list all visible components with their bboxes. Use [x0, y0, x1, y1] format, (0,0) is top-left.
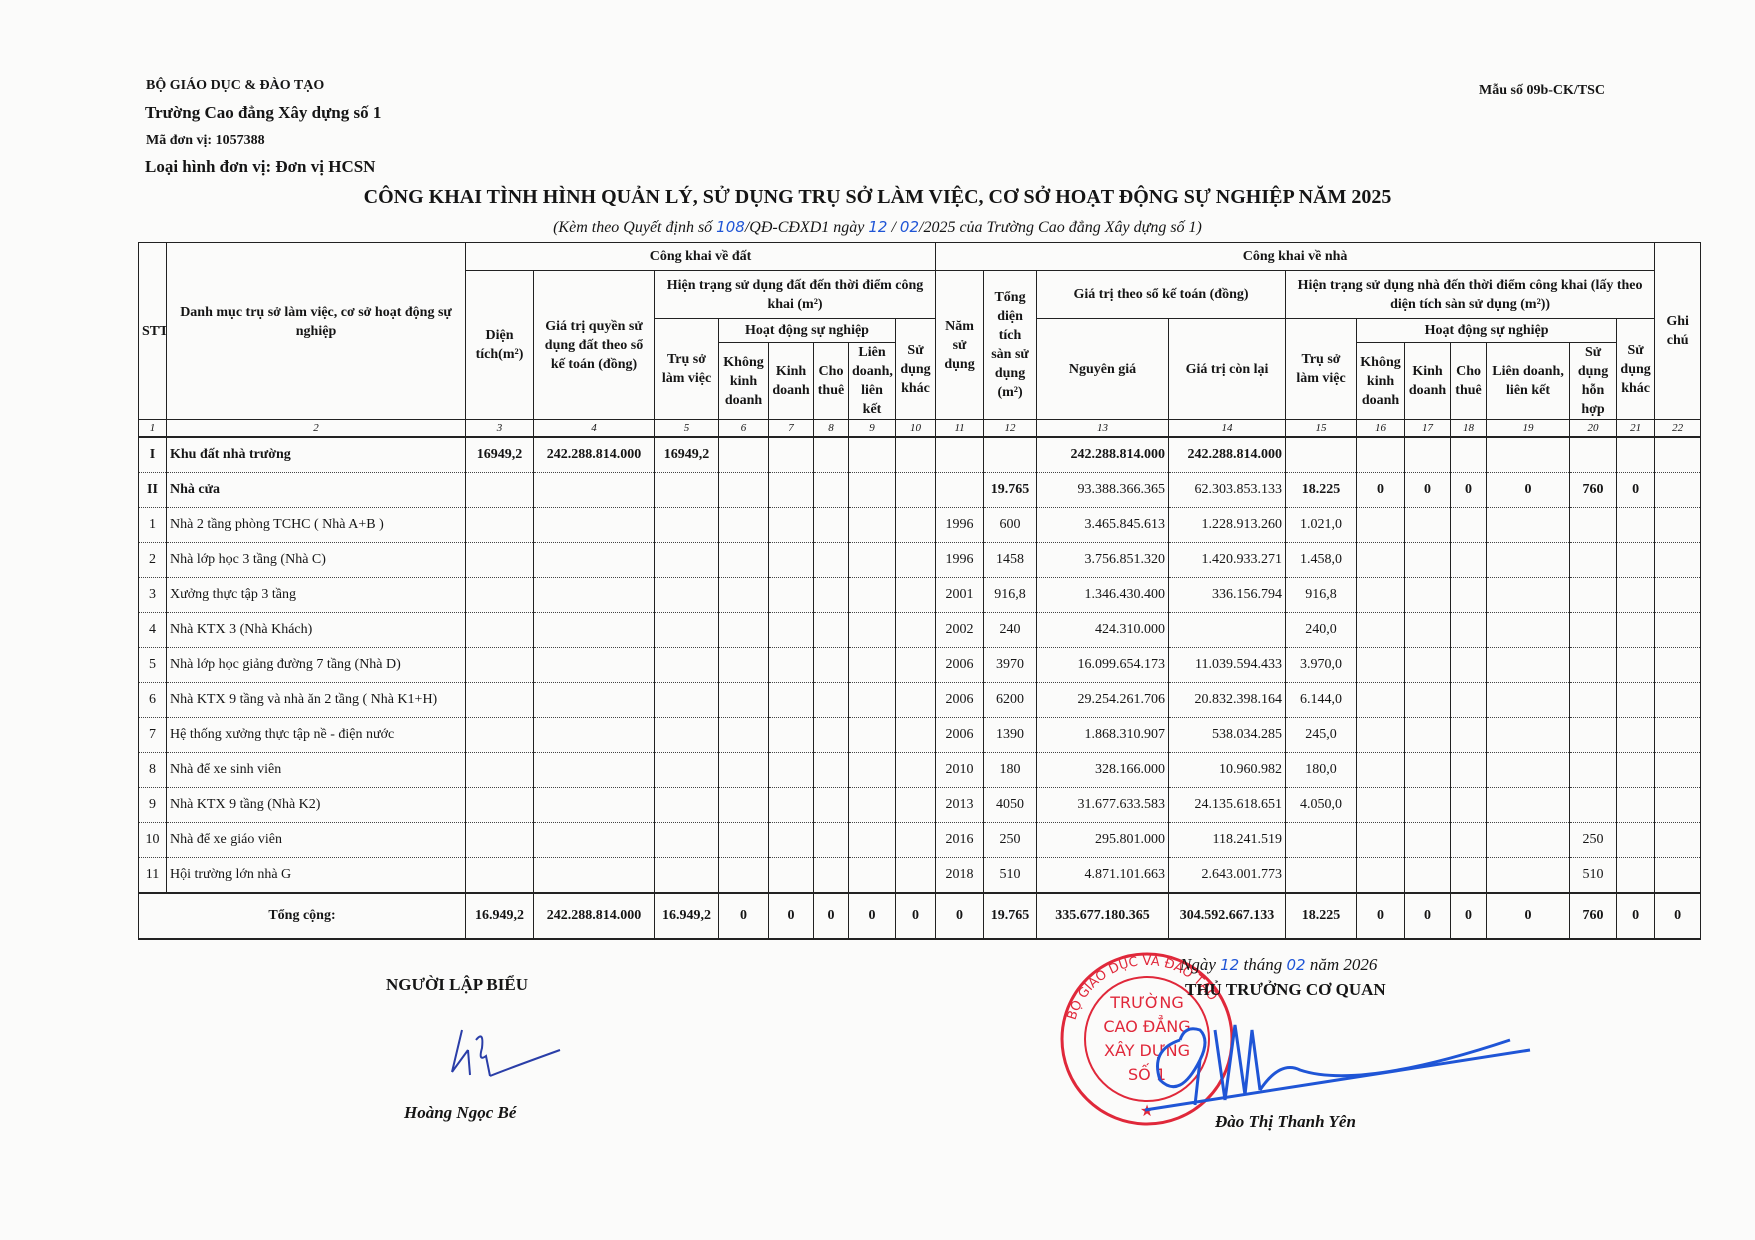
row-cell	[896, 508, 936, 543]
subtitle-suffix: /2025 của Trường Cao đẳng Xây dựng số 1)	[919, 219, 1202, 236]
row-cell	[1617, 858, 1655, 894]
total-cell: 0	[936, 893, 984, 939]
row-name: Nhà KTX 9 tầng (Nhà K2)	[167, 788, 466, 823]
row-name: Nhà lớp học giảng đường 7 tầng (Nhà D)	[167, 648, 466, 683]
header-land-value: Giá trị quyền sử dụng đất theo sổ kế toá…	[534, 271, 655, 420]
row-cell	[1570, 578, 1617, 613]
row-cell: 538.034.285	[1169, 718, 1286, 753]
row-cell	[719, 437, 769, 473]
header-land-rent: Cho thuê	[814, 343, 849, 420]
date-prefix: Ngày	[1180, 955, 1220, 974]
header-house-office: Trụ sở làm việc	[1286, 319, 1357, 420]
row-cell	[534, 613, 655, 648]
row-stt: 5	[139, 648, 167, 683]
row-cell	[534, 543, 655, 578]
header-land-jv: Liên doanh, liên kết	[849, 343, 896, 420]
total-cell: 304.592.667.133	[1169, 893, 1286, 939]
row-name: Nhà KTX 9 tầng và nhà ăn 2 tầng ( Nhà K1…	[167, 683, 466, 718]
row-cell	[1617, 578, 1655, 613]
row-cell	[534, 683, 655, 718]
row-cell	[896, 648, 936, 683]
row-cell	[1405, 437, 1451, 473]
row-cell	[769, 823, 814, 858]
row-cell: 242.288.814.000	[534, 437, 655, 473]
row-stt: 11	[139, 858, 167, 894]
row-cell	[849, 683, 896, 718]
total-cell: 19.765	[984, 893, 1037, 939]
column-number: 17	[1405, 420, 1451, 438]
column-number: 7	[769, 420, 814, 438]
row-cell	[849, 543, 896, 578]
row-cell	[849, 473, 896, 508]
row-cell	[814, 858, 849, 894]
row-cell	[896, 823, 936, 858]
row-name: Hội trường lớn nhà G	[167, 858, 466, 894]
row-stt: 6	[139, 683, 167, 718]
row-cell	[1617, 683, 1655, 718]
row-cell: 18.225	[1286, 473, 1357, 508]
row-cell	[896, 473, 936, 508]
row-cell	[534, 473, 655, 508]
row-cell	[534, 648, 655, 683]
row-cell	[466, 578, 534, 613]
row-cell	[1357, 858, 1405, 894]
row-cell	[1451, 508, 1487, 543]
table-row: 11Hội trường lớn nhà G20185104.871.101.6…	[139, 858, 1701, 894]
table-body: IKhu đất nhà trường16949,2242.288.814.00…	[139, 437, 1701, 939]
header-house-business: Kinh doanh	[1405, 343, 1451, 420]
row-cell	[719, 788, 769, 823]
row-cell	[534, 788, 655, 823]
table-row: 8Nhà để xe sinh viên2010180328.166.00010…	[139, 753, 1701, 788]
row-cell	[849, 437, 896, 473]
total-cell: 0	[1357, 893, 1405, 939]
row-cell	[769, 683, 814, 718]
row-cell	[1451, 683, 1487, 718]
row-cell: 31.677.633.583	[1037, 788, 1169, 823]
row-stt: II	[139, 473, 167, 508]
column-number: 2	[167, 420, 466, 438]
row-cell	[1286, 823, 1357, 858]
header-house-activity: Hoạt động sự nghiệp	[1357, 319, 1617, 343]
total-cell: 242.288.814.000	[534, 893, 655, 939]
header-land-business: Kinh doanh	[769, 343, 814, 420]
total-cell: 0	[1655, 893, 1701, 939]
row-cell	[1169, 613, 1286, 648]
total-cell: 16.949,2	[466, 893, 534, 939]
row-name: Nhà để xe giáo viên	[167, 823, 466, 858]
row-cell: 16949,2	[655, 437, 719, 473]
row-cell	[849, 858, 896, 894]
row-cell	[1487, 788, 1570, 823]
row-cell	[814, 437, 849, 473]
row-cell	[1487, 648, 1570, 683]
row-stt: 2	[139, 543, 167, 578]
row-cell	[1570, 648, 1617, 683]
subtitle-mid: /QĐ-CĐXD1 ngày	[745, 219, 869, 236]
total-cell: 0	[814, 893, 849, 939]
row-cell	[1405, 753, 1451, 788]
row-cell	[896, 578, 936, 613]
header-book-value: Giá trị theo sổ kế toán (đồng)	[1037, 271, 1286, 319]
row-cell: 180,0	[1286, 753, 1357, 788]
row-cell: 10.960.982	[1169, 753, 1286, 788]
header-land-office: Trụ sở làm việc	[655, 319, 719, 420]
row-cell	[1617, 718, 1655, 753]
row-cell	[1570, 718, 1617, 753]
row-cell	[1357, 437, 1405, 473]
row-name: Nhà lớp học 3 tầng (Nhà C)	[167, 543, 466, 578]
row-cell	[769, 788, 814, 823]
row-stt: I	[139, 437, 167, 473]
row-cell	[769, 718, 814, 753]
row-stt: 1	[139, 508, 167, 543]
row-cell: 600	[984, 508, 1037, 543]
row-cell: 0	[1487, 473, 1570, 508]
row-cell: 4.050,0	[1286, 788, 1357, 823]
table-row: 10Nhà để xe giáo viên2016250295.801.0001…	[139, 823, 1701, 858]
row-cell	[1617, 753, 1655, 788]
row-cell: 62.303.853.133	[1169, 473, 1286, 508]
row-name: Nhà KTX 3 (Nhà Khách)	[167, 613, 466, 648]
row-cell: 2002	[936, 613, 984, 648]
row-cell	[655, 613, 719, 648]
row-cell	[1570, 683, 1617, 718]
row-cell: 4.871.101.663	[1037, 858, 1169, 894]
row-cell: 2010	[936, 753, 984, 788]
column-number: 4	[534, 420, 655, 438]
asset-table: STT Danh mục trụ sở làm việc, cơ sở hoạt…	[138, 242, 1701, 940]
row-cell	[1655, 718, 1701, 753]
header-house-other: Sử dụng khác	[1617, 319, 1655, 420]
row-cell	[1655, 543, 1701, 578]
table-row: 9Nhà KTX 9 tầng (Nhà K2)2013405031.677.6…	[139, 788, 1701, 823]
date-month: 02	[1286, 956, 1305, 974]
row-cell	[1617, 543, 1655, 578]
row-cell	[849, 578, 896, 613]
total-cell: 0	[1451, 893, 1487, 939]
header-house-nonbusiness: Không kinh doanh	[1357, 343, 1405, 420]
column-number: 8	[814, 420, 849, 438]
header-original: Nguyên giá	[1037, 319, 1169, 420]
table-row: 5Nhà lớp học giảng đường 7 tầng (Nhà D)2…	[139, 648, 1701, 683]
row-cell: 295.801.000	[1037, 823, 1169, 858]
header-land-nonbusiness: Không kinh doanh	[719, 343, 769, 420]
column-number: 3	[466, 420, 534, 438]
row-cell	[849, 508, 896, 543]
row-cell	[896, 858, 936, 894]
row-cell	[466, 508, 534, 543]
total-cell: 0	[1617, 893, 1655, 939]
column-number: 9	[849, 420, 896, 438]
row-stt: 4	[139, 613, 167, 648]
header-land-group: Công khai về đất	[466, 243, 936, 271]
row-cell: 916,8	[984, 578, 1037, 613]
row-cell	[1357, 648, 1405, 683]
row-cell	[534, 578, 655, 613]
row-cell: 6200	[984, 683, 1037, 718]
row-cell: 242.288.814.000	[1169, 437, 1286, 473]
row-cell	[1570, 613, 1617, 648]
row-cell	[1655, 578, 1701, 613]
row-cell	[719, 648, 769, 683]
row-cell: 3.756.851.320	[1037, 543, 1169, 578]
row-cell	[719, 753, 769, 788]
row-cell	[719, 718, 769, 753]
row-cell	[896, 543, 936, 578]
column-number: 22	[1655, 420, 1701, 438]
row-name: Nhà để xe sinh viên	[167, 753, 466, 788]
total-cell: 0	[896, 893, 936, 939]
column-number: 13	[1037, 420, 1169, 438]
row-cell: 2013	[936, 788, 984, 823]
row-cell	[814, 613, 849, 648]
row-cell	[466, 473, 534, 508]
column-number: 1	[139, 420, 167, 438]
row-cell	[1570, 508, 1617, 543]
row-cell: 916,8	[1286, 578, 1357, 613]
row-cell: 1390	[984, 718, 1037, 753]
row-cell	[1405, 508, 1451, 543]
row-cell: 4050	[984, 788, 1037, 823]
header-land-activity: Hoạt động sự nghiệp	[719, 319, 896, 343]
row-cell	[849, 788, 896, 823]
row-cell: 1.346.430.400	[1037, 578, 1169, 613]
row-cell	[719, 508, 769, 543]
row-cell: 760	[1570, 473, 1617, 508]
row-cell	[466, 683, 534, 718]
decision-day: 12	[868, 218, 887, 236]
row-cell	[1357, 543, 1405, 578]
row-cell	[655, 508, 719, 543]
date-mid2: năm 2026	[1306, 955, 1378, 974]
row-cell	[814, 823, 849, 858]
row-cell	[534, 753, 655, 788]
total-cell: 16.949,2	[655, 893, 719, 939]
row-cell	[1570, 753, 1617, 788]
row-cell	[1655, 683, 1701, 718]
row-cell: 0	[1451, 473, 1487, 508]
total-cell: 0	[769, 893, 814, 939]
row-cell	[1405, 788, 1451, 823]
row-cell	[849, 753, 896, 788]
row-cell	[814, 683, 849, 718]
column-number: 20	[1570, 420, 1617, 438]
row-cell	[769, 648, 814, 683]
decision-number: 108	[716, 218, 745, 236]
row-cell	[896, 613, 936, 648]
row-cell	[466, 753, 534, 788]
row-cell: 3.970,0	[1286, 648, 1357, 683]
column-number: 5	[655, 420, 719, 438]
header-land-area: Diện tích(m²)	[466, 271, 534, 420]
row-cell: 336.156.794	[1169, 578, 1286, 613]
row-cell	[1617, 437, 1655, 473]
row-cell	[655, 788, 719, 823]
row-cell	[719, 473, 769, 508]
row-cell	[1357, 753, 1405, 788]
row-cell	[1405, 718, 1451, 753]
row-cell	[1570, 543, 1617, 578]
header-house-status: Hiện trạng sử dụng nhà đến thời điểm côn…	[1286, 271, 1655, 319]
table-row: IKhu đất nhà trường16949,2242.288.814.00…	[139, 437, 1701, 473]
row-cell	[814, 473, 849, 508]
row-cell: 1.868.310.907	[1037, 718, 1169, 753]
row-cell	[1655, 437, 1701, 473]
row-cell	[1655, 473, 1701, 508]
row-cell: 16.099.654.173	[1037, 648, 1169, 683]
table-row: 6Nhà KTX 9 tầng và nhà ăn 2 tầng ( Nhà K…	[139, 683, 1701, 718]
row-cell	[1487, 683, 1570, 718]
row-cell: 250	[984, 823, 1037, 858]
row-cell: 510	[984, 858, 1037, 894]
row-cell	[466, 718, 534, 753]
row-cell: 29.254.261.706	[1037, 683, 1169, 718]
row-cell: 1.458,0	[1286, 543, 1357, 578]
row-cell: 3.465.845.613	[1037, 508, 1169, 543]
row-cell	[719, 543, 769, 578]
row-cell: 93.388.366.365	[1037, 473, 1169, 508]
head-signature	[1140, 1010, 1540, 1120]
row-cell: 2018	[936, 858, 984, 894]
header-land-status: Hiện trạng sử dụng đất đến thời điểm côn…	[655, 271, 936, 319]
row-cell: 1996	[936, 543, 984, 578]
row-cell	[1617, 788, 1655, 823]
row-cell	[1357, 718, 1405, 753]
row-cell	[1286, 858, 1357, 894]
row-cell	[814, 648, 849, 683]
row-cell	[936, 437, 984, 473]
row-cell	[1451, 823, 1487, 858]
row-cell	[896, 753, 936, 788]
row-cell	[466, 823, 534, 858]
row-cell	[1617, 508, 1655, 543]
row-name: Hệ thống xưởng thực tập nề - điện nước	[167, 718, 466, 753]
row-cell	[719, 578, 769, 613]
row-cell	[814, 788, 849, 823]
row-cell	[896, 437, 936, 473]
decision-month: 02	[900, 218, 919, 236]
row-cell	[814, 753, 849, 788]
column-number: 18	[1451, 420, 1487, 438]
header-house-group: Công khai về nhà	[936, 243, 1655, 271]
row-cell: 328.166.000	[1037, 753, 1169, 788]
row-cell	[655, 718, 719, 753]
row-cell	[1357, 613, 1405, 648]
row-cell	[1617, 823, 1655, 858]
row-cell: 2001	[936, 578, 984, 613]
preparer-name: Hoàng Ngọc Bé	[404, 1103, 516, 1123]
row-cell	[769, 473, 814, 508]
row-cell	[1487, 858, 1570, 894]
row-cell	[1405, 823, 1451, 858]
row-cell: 1.021,0	[1286, 508, 1357, 543]
row-stt: 8	[139, 753, 167, 788]
header-floor-area: Tổng diện tích sàn sử dụng (m²)	[984, 271, 1037, 420]
row-cell	[466, 613, 534, 648]
row-stt: 3	[139, 578, 167, 613]
row-cell	[1405, 648, 1451, 683]
row-cell	[769, 613, 814, 648]
row-cell	[1655, 858, 1701, 894]
row-cell	[1405, 858, 1451, 894]
header-note: Ghi chú	[1655, 243, 1701, 420]
row-cell: 240,0	[1286, 613, 1357, 648]
row-cell	[896, 788, 936, 823]
total-cell: 760	[1570, 893, 1617, 939]
header-house-jv: Liên doanh, liên kết	[1487, 343, 1570, 420]
unit-code: Mã đơn vị: 1057388	[146, 133, 265, 149]
row-cell	[1487, 613, 1570, 648]
row-cell	[655, 683, 719, 718]
row-cell	[1655, 753, 1701, 788]
total-cell: 0	[1405, 893, 1451, 939]
row-cell	[1617, 613, 1655, 648]
row-cell	[1451, 648, 1487, 683]
row-cell	[769, 508, 814, 543]
header-land-other: Sử dụng khác	[896, 319, 936, 420]
row-cell	[466, 648, 534, 683]
row-cell: 0	[1405, 473, 1451, 508]
column-number: 14	[1169, 420, 1286, 438]
row-cell	[1451, 718, 1487, 753]
row-cell: 510	[1570, 858, 1617, 894]
row-cell	[719, 613, 769, 648]
row-cell	[769, 578, 814, 613]
row-cell	[1451, 437, 1487, 473]
total-cell: 0	[849, 893, 896, 939]
row-cell	[1357, 823, 1405, 858]
column-number: 6	[719, 420, 769, 438]
row-name: Nhà 2 tầng phòng TCHC ( Nhà A+B )	[167, 508, 466, 543]
row-cell	[814, 508, 849, 543]
row-cell	[896, 683, 936, 718]
row-cell	[1655, 648, 1701, 683]
row-cell	[769, 543, 814, 578]
row-cell	[814, 578, 849, 613]
row-cell: 0	[1357, 473, 1405, 508]
row-cell	[1405, 613, 1451, 648]
total-label: Tổng cộng:	[139, 893, 466, 939]
head-title: THỦ TRƯỞNG CƠ QUAN	[1185, 980, 1386, 1000]
row-cell	[466, 543, 534, 578]
row-cell: 16949,2	[466, 437, 534, 473]
column-number: 15	[1286, 420, 1357, 438]
row-cell: 240	[984, 613, 1037, 648]
row-cell	[1655, 823, 1701, 858]
school-name: Trường Cao đẳng Xây dựng số 1	[145, 103, 381, 123]
row-cell: 242.288.814.000	[1037, 437, 1169, 473]
row-cell	[655, 543, 719, 578]
form-number: Mẫu số 09b-CK/TSC	[1479, 83, 1605, 99]
row-cell: 2006	[936, 648, 984, 683]
row-cell: 180	[984, 753, 1037, 788]
column-number: 12	[984, 420, 1037, 438]
row-cell	[1655, 788, 1701, 823]
total-cell: 0	[719, 893, 769, 939]
preparer-signature	[440, 1020, 570, 1100]
row-cell	[719, 858, 769, 894]
row-cell	[1405, 578, 1451, 613]
total-cell: 335.677.180.365	[1037, 893, 1169, 939]
row-cell: 118.241.519	[1169, 823, 1286, 858]
row-cell	[534, 858, 655, 894]
column-number: 19	[1487, 420, 1570, 438]
row-cell	[655, 473, 719, 508]
sign-date: Ngày 12 tháng 02 năm 2026	[1180, 955, 1377, 975]
subtitle-prefix: (Kèm theo Quyết định số	[553, 219, 716, 236]
row-cell: 2006	[936, 683, 984, 718]
